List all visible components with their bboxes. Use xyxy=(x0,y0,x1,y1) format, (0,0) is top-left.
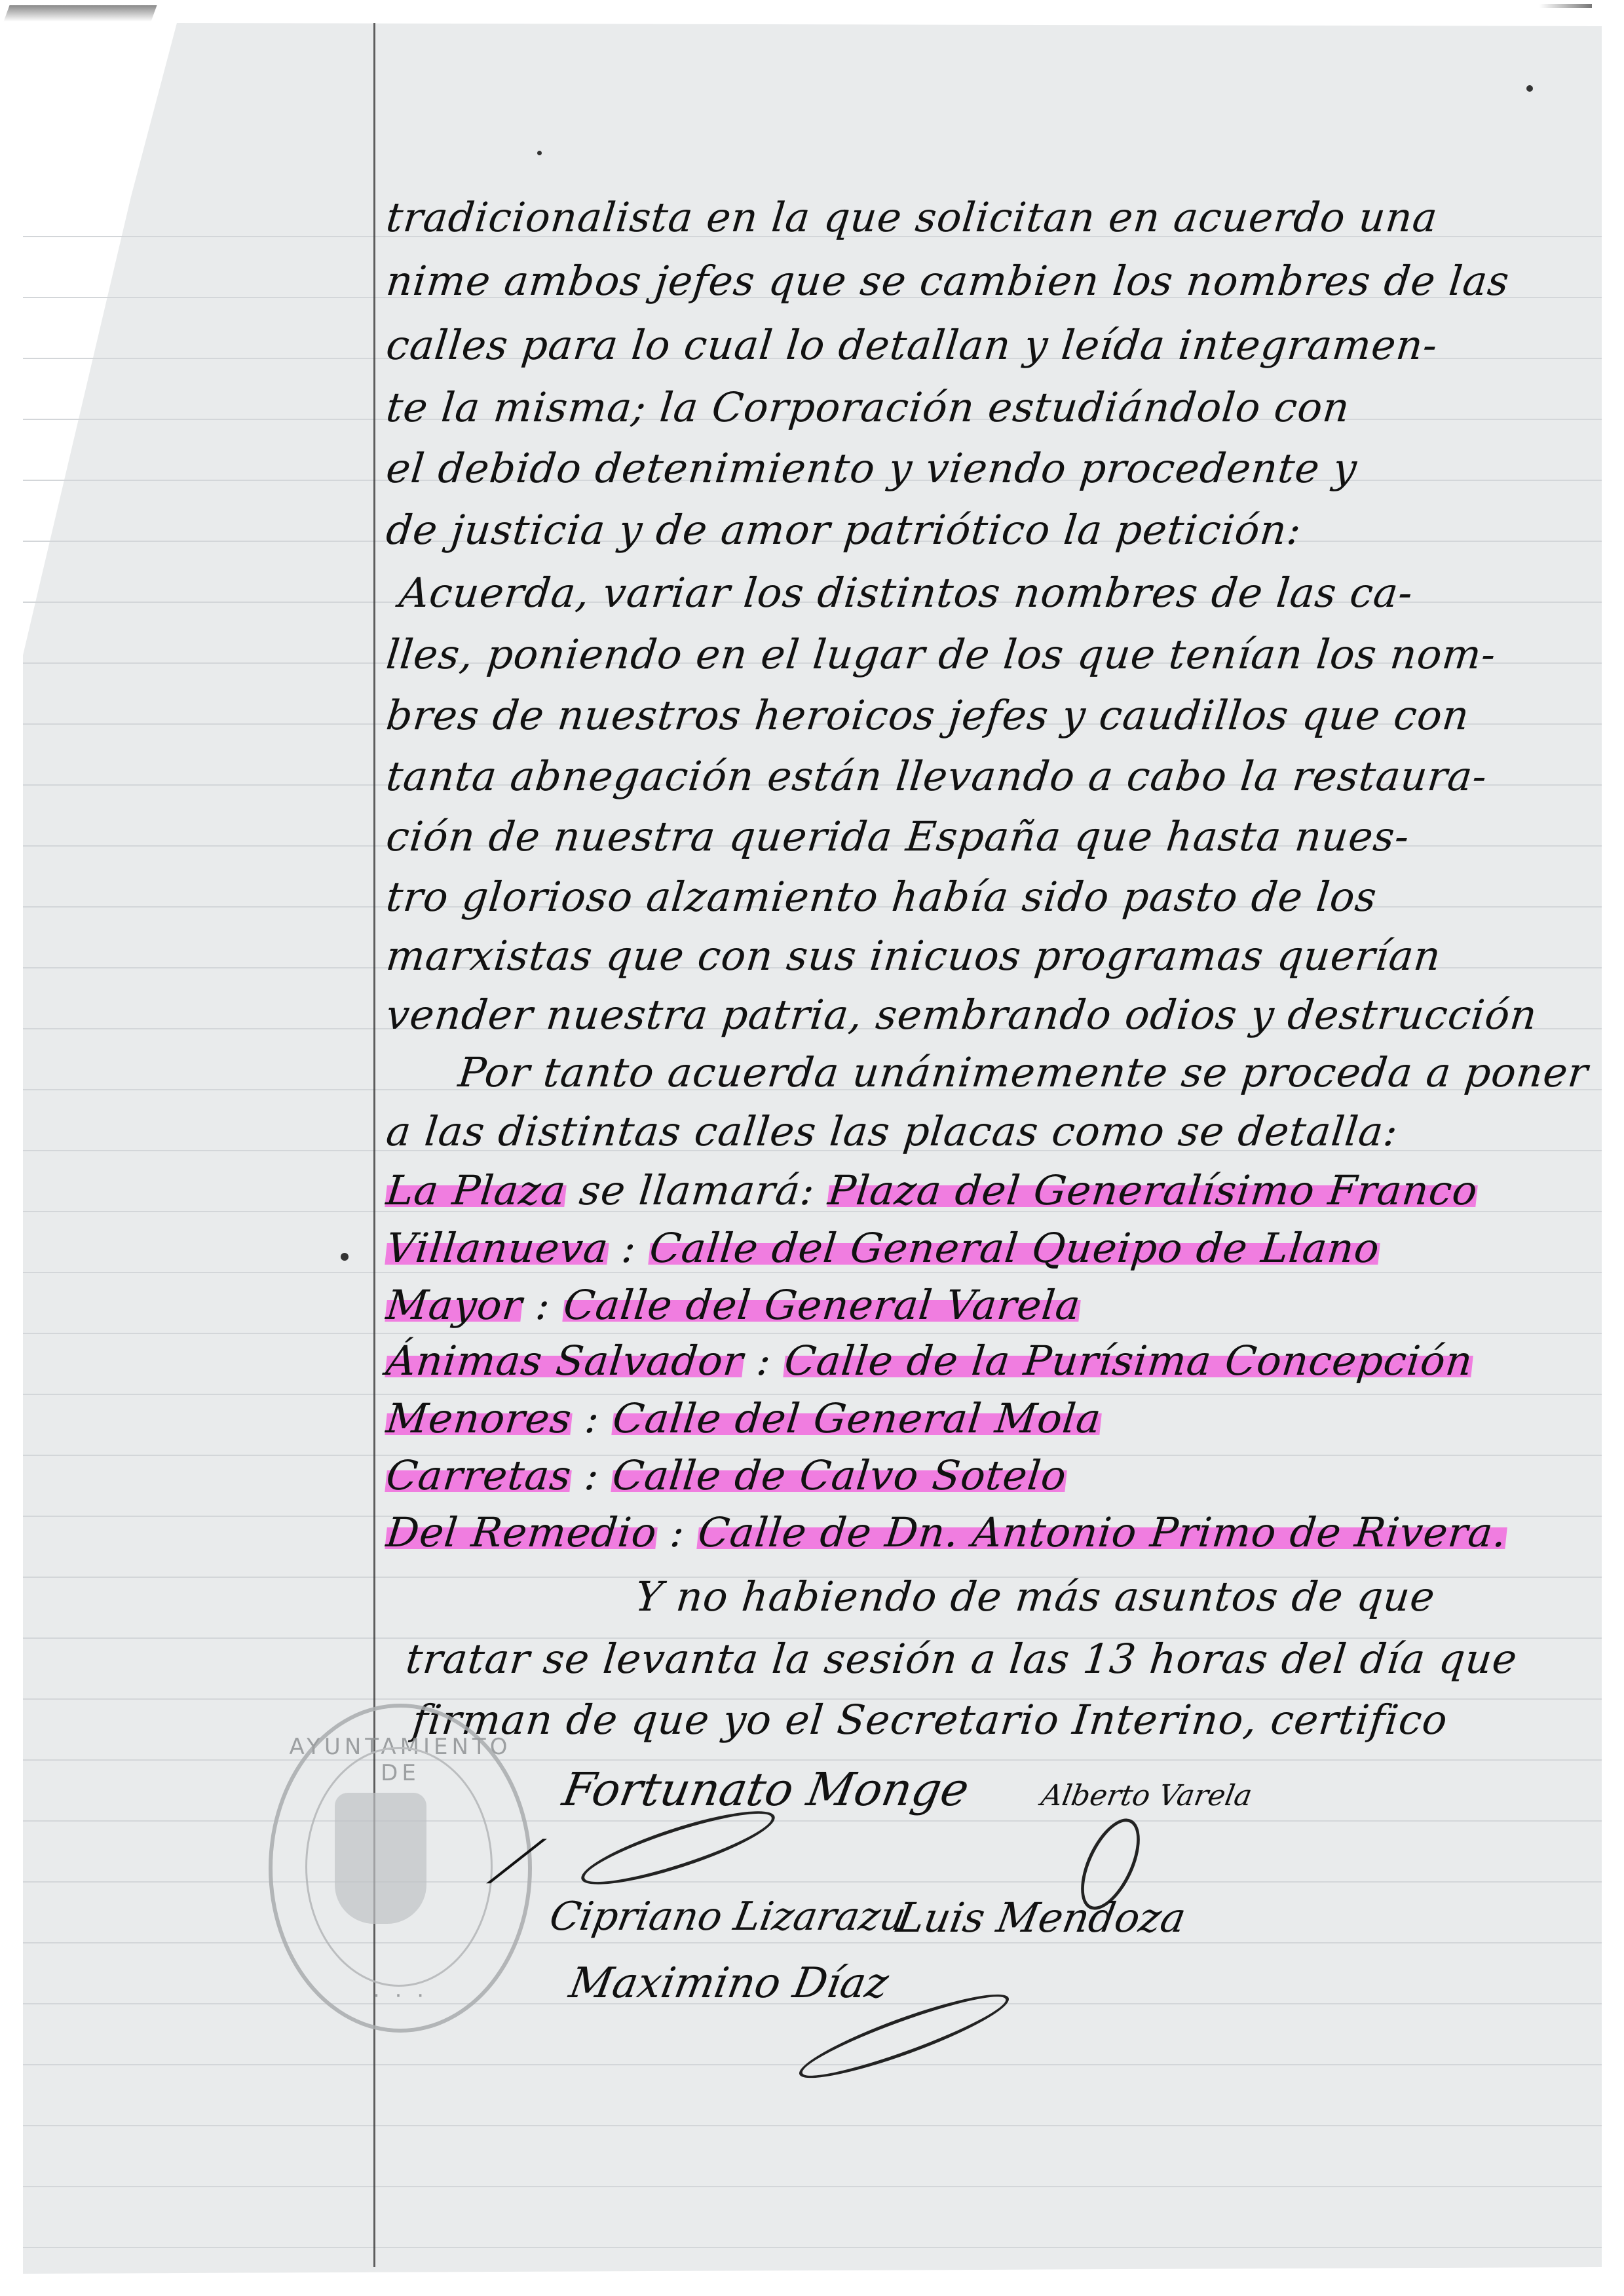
ruled-line xyxy=(23,2125,1602,2126)
old-street-name: La Plaza xyxy=(384,1166,569,1214)
new-street-name: Calle de Calvo Sotelo xyxy=(611,1451,1069,1499)
body-line: lles, poniendo en el lugar de los que te… xyxy=(384,630,1498,678)
signature: Fortunato Monge xyxy=(559,1763,973,1816)
street-rename-row: Carretas : Calle de Calvo Sotelo xyxy=(384,1451,1068,1499)
body-line: Por tanto acuerda unánimemente se proced… xyxy=(456,1048,1591,1096)
old-street-name: Carretas xyxy=(384,1451,574,1499)
municipal-seal-stamp: AYUNTAMIENTO DE · · · xyxy=(269,1704,532,2033)
body-line: tradicionalista en la que solicitan en a… xyxy=(384,193,1440,241)
ruled-line xyxy=(23,1759,1602,1761)
new-street-name: Calle del General Mola xyxy=(611,1394,1104,1442)
street-rename-row: La Plaza se llamará: Plaza del Generalís… xyxy=(384,1166,1480,1214)
ink-speck xyxy=(537,151,542,155)
separator: : xyxy=(620,1224,639,1272)
ink-speck xyxy=(341,1253,349,1261)
body-line: a las distintas calles las placas como s… xyxy=(384,1107,1401,1155)
body-line: tanta abnegación están llevando a cabo l… xyxy=(384,752,1490,800)
body-line: nime ambos jefes que se cambien los nomb… xyxy=(384,257,1512,305)
old-street-name: Menores xyxy=(384,1394,574,1442)
signature: Cipriano Lizarazu xyxy=(546,1894,909,1940)
ruled-line xyxy=(23,1942,1602,1943)
old-street-name: Ánimas Salvador xyxy=(384,1337,746,1385)
separator: : xyxy=(533,1281,553,1329)
body-line: tro glorioso alzamiento había sido pasto… xyxy=(384,873,1379,921)
new-street-name: Calle del General Varela xyxy=(561,1281,1083,1329)
body-line: marxistas que con sus inicuos programas … xyxy=(384,932,1443,980)
page-edge-shadow xyxy=(1539,4,1592,8)
page-fold-shadow xyxy=(3,5,157,22)
ruled-line xyxy=(23,1881,1602,1883)
stamp-text: · · · xyxy=(273,1983,528,2009)
body-line: ción de nuestra querida España que hasta… xyxy=(384,813,1412,860)
separator: se llamará: xyxy=(577,1166,818,1214)
street-rename-row: Mayor : Calle del General Varela xyxy=(384,1281,1083,1329)
closing-line: Y no habiendo de más asuntos de que xyxy=(633,1573,1437,1620)
ink-speck xyxy=(1526,85,1533,92)
coat-of-arms-icon xyxy=(335,1793,426,1924)
old-street-name: Del Remedio xyxy=(384,1508,659,1556)
body-line: vender nuestra patria, sembrando odios y… xyxy=(384,991,1539,1039)
new-street-name: Calle de la Purísima Concepción xyxy=(782,1337,1475,1385)
signature: Luis Mendoza xyxy=(894,1894,1190,1942)
street-rename-row: Villanueva : Calle del General Queipo de… xyxy=(384,1224,1382,1272)
new-street-name: Calle del General Queipo de Llano xyxy=(647,1224,1382,1272)
old-street-name: Villanueva xyxy=(384,1224,611,1272)
ruled-line xyxy=(23,2186,1602,2187)
ruled-line xyxy=(23,2247,1602,2248)
body-line: Acuerda, variar los distintos nombres de… xyxy=(397,569,1415,617)
signature: Maximino Díaz xyxy=(565,1959,892,2008)
old-street-name: Mayor xyxy=(384,1281,525,1329)
body-line: de justicia y de amor patriótico la peti… xyxy=(384,506,1304,554)
separator: : xyxy=(582,1451,602,1499)
closing-line: firman de que yo el Secretario Interino,… xyxy=(410,1696,1450,1744)
ruled-line xyxy=(23,1272,1602,1273)
body-line: te la misma; la Corporación estudiándolo… xyxy=(384,383,1352,431)
ruled-line xyxy=(23,1333,1602,1334)
separator: : xyxy=(582,1394,602,1442)
street-rename-row: Menores : Calle del General Mola xyxy=(384,1394,1104,1442)
body-line: el debido detenimiento y viendo proceden… xyxy=(384,444,1359,492)
street-rename-row: Del Remedio : Calle de Dn. Antonio Primo… xyxy=(384,1508,1509,1556)
new-street-name: Plaza del Generalísimo Franco xyxy=(826,1166,1481,1214)
closing-line: tratar se levanta la sesión a las 13 hor… xyxy=(404,1635,1520,1683)
new-street-name: Calle de Dn. Antonio Primo de Rivera. xyxy=(696,1508,1509,1556)
body-line: bres de nuestros heroicos jefes y caudil… xyxy=(384,691,1472,739)
separator: : xyxy=(668,1508,688,1556)
body-line: calles para lo cual lo detallan y leída … xyxy=(384,321,1440,369)
separator: : xyxy=(755,1337,774,1385)
street-rename-row: Ánimas Salvador : Calle de la Purísima C… xyxy=(384,1337,1475,1385)
ruled-line xyxy=(23,1820,1602,1822)
signature: Alberto Varela xyxy=(1039,1779,1255,1812)
